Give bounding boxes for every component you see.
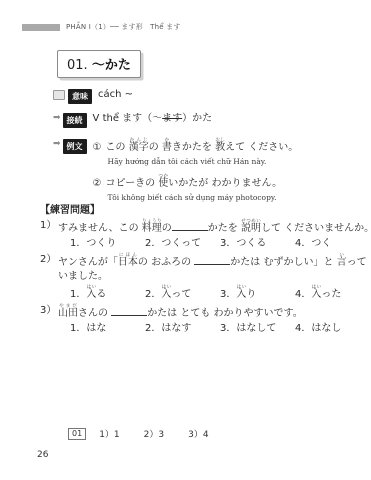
option-2: 2．はなす [145, 322, 220, 336]
example-sentence-jp: ①この 漢字かんじの 書かきかたを 教おしえて ください。 [93, 138, 299, 154]
answer-key: 01 1）1 2）3 3）4 [68, 427, 233, 440]
meaning-tag: 意味 [68, 89, 92, 104]
question-3: 3） 山田やまださんの かたは とても わかりやすいです。 1．はな 2．はなす… [40, 304, 350, 336]
options-row: 1．はな 2．はなす 3．はなして 4．はなし [70, 322, 350, 336]
arrow-right-icon: ➡ [53, 139, 61, 149]
example-number: ② [93, 178, 102, 189]
card-icon [53, 90, 65, 100]
examples-row: ➡ 例文 ①この 漢字かんじの 書かきかたを 教おしえて ください。 Hãy h… [53, 138, 298, 210]
option-4: 4．はなし [295, 322, 341, 336]
option-4: 4．入はいった [295, 285, 341, 302]
question-line: 1） すみません、この 料理りょうりのかたを 説明せつめいして くださいませんか… [40, 219, 350, 236]
options-row: 1．入はいる 2．入はいって 3．入はいり 4．入はいった [70, 285, 350, 302]
answer-key-lesson-number: 01 [68, 428, 86, 440]
option-2: 2．つくって [145, 237, 220, 251]
question-text: 山田やまださんの かたは とても わかりやすいです。 [58, 304, 350, 321]
example-sentence-jp: ②コピーきの 使つかいかたが わかりません。 [93, 174, 299, 190]
practice-heading: 【練習問題】 [40, 201, 350, 216]
question-number: 1） [40, 219, 58, 236]
examples-tag: 例文 [63, 139, 87, 154]
lesson-title-box: 01. ～かた [57, 50, 141, 78]
example-number: ① [93, 142, 102, 153]
connection-text: V thể ます（～ます）かた [93, 112, 213, 126]
question-line: 2） ヤンさんが「日本にほんの おふろの かたは むずかしい」と 言いって [40, 253, 350, 270]
question-number: 3） [40, 304, 58, 321]
header-bar [22, 24, 60, 31]
lesson-number: 01. [67, 58, 88, 73]
question-continuation: いました。 [58, 270, 350, 284]
question-line: 3） 山田やまださんの かたは とても わかりやすいです。 [40, 304, 350, 321]
textbook-page: PHẦN I（1）── ます形 Thể ます 01. ～かた 意味 cách ~… [0, 0, 371, 480]
connection-row: ➡ 接続 V thể ます（～ます）かた [53, 112, 212, 128]
question-text: すみません、この 料理りょうりのかたを 説明せつめいして くださいませんか。 [58, 219, 371, 236]
option-4: 4．つく [295, 237, 331, 251]
answer-item: 3）4 [188, 427, 208, 440]
question-2: 2） ヤンさんが「日本にほんの おふろの かたは むずかしい」と 言いって いま… [40, 253, 350, 302]
page-number: 26 [37, 450, 48, 460]
answer-item: 1）1 [99, 427, 119, 440]
question-number: 2） [40, 253, 58, 270]
option-3: 3．はなして [220, 322, 295, 336]
option-3: 3．つくる [220, 237, 295, 251]
example-text: コピーきの 使つかいかたが わかりません。 [106, 178, 283, 189]
question-1: 1） すみません、この 料理りょうりのかたを 説明せつめいして くださいませんか… [40, 219, 350, 251]
answer-item: 2）3 [144, 427, 164, 440]
examples-list: ①この 漢字かんじの 書かきかたを 教おしえて ください。 Hãy hướng … [93, 138, 299, 210]
arrow-right-icon: ➡ [53, 113, 61, 123]
example-text: この 漢字かんじの 書かきかたを 教おしえて ください。 [106, 142, 299, 153]
option-1: 1．はな [70, 322, 145, 336]
option-1: 1．入はいる [70, 285, 145, 302]
meaning-text: cách ~ [98, 88, 133, 102]
option-3: 3．入はいり [220, 285, 295, 302]
header-text: PHẦN I（1）── ます形 Thể ます [66, 22, 181, 32]
example-translation-vi: Hãy hướng dẫn tôi cách viết chữ Hán này. [108, 155, 299, 169]
example-item: ①この 漢字かんじの 書かきかたを 教おしえて ください。 Hãy hướng … [93, 138, 299, 169]
page-header: PHẦN I（1）── ます形 Thể ます [22, 22, 181, 32]
question-text: ヤンさんが「日本にほんの おふろの かたは むずかしい」と 言いって [58, 253, 367, 270]
options-row: 1．つくり 2．つくって 3．つくる 4．つく [70, 237, 350, 251]
practice-section: 【練習問題】 1） すみません、この 料理りょうりのかたを 説明せつめいして く… [40, 201, 350, 338]
connection-tag: 接続 [63, 113, 87, 128]
meaning-row: 意味 cách ~ [53, 88, 133, 104]
option-2: 2．入はいって [145, 285, 220, 302]
option-1: 1．つくり [70, 237, 145, 251]
lesson-title: ～かた [92, 58, 131, 73]
